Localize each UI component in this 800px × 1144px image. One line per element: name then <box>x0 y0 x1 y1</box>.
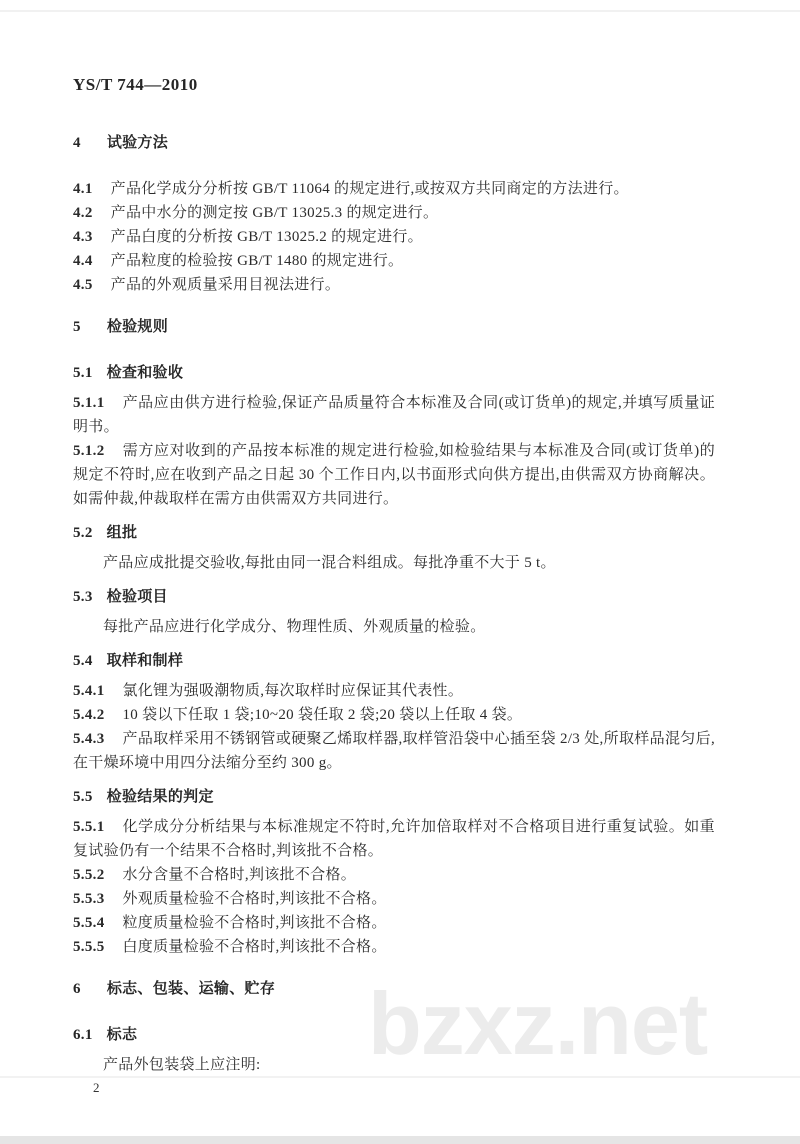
clause-number: 4.2 <box>73 201 93 225</box>
clause-number: 5.5.5 <box>73 935 105 959</box>
page-number: 2 <box>93 1079 715 1097</box>
clause-text: 氯化锂为强吸潮物质,每次取样时应保证其代表性。 <box>123 683 464 699</box>
clause-number: 5.5.2 <box>73 863 105 887</box>
clause-number: 5.2 <box>73 521 93 545</box>
clause-number: 4.5 <box>73 273 93 297</box>
scan-artifact-bottom-bar <box>0 1136 800 1144</box>
clause: 5.4.210 袋以下任取 1 袋;10~20 袋任取 2 袋;20 袋以上任取… <box>73 703 715 727</box>
clause-number: 5.4.1 <box>73 679 105 703</box>
subsection-heading: 6.1标志 <box>73 1023 715 1047</box>
clause: 5.5.4粒度质量检验不合格时,判该批不合格。 <box>73 911 715 935</box>
clause-number: 5.1.1 <box>73 391 105 415</box>
clause-text: 每批产品应进行化学成分、物理性质、外观质量的检验。 <box>103 619 486 635</box>
clause-text: 需方应对收到的产品按本标准的规定进行检验,如检验结果与本标准及合同(或订货单)的… <box>73 443 715 507</box>
paragraph: 产品应成批提交验收,每批由同一混合料组成。每批净重不大于 5 t。 <box>73 551 715 575</box>
clause-text: 白度质量检验不合格时,判该批不合格。 <box>123 939 387 955</box>
clause: 4.1产品化学成分分析按 GB/T 11064 的规定进行,或按双方共同商定的方… <box>73 177 715 201</box>
document-page: bzxz.net YS/T 744—2010 4试验方法4.1产品化学成分分析按… <box>0 0 800 1144</box>
clause-text: 外观质量检验不合格时,判该批不合格。 <box>123 891 387 907</box>
clause-number: 4 <box>73 131 81 155</box>
clause: 4.2产品中水分的测定按 GB/T 13025.3 的规定进行。 <box>73 201 715 225</box>
clause-number: 4.4 <box>73 249 93 273</box>
clause-text: 试验方法 <box>107 135 168 151</box>
clause-text: 取样和制样 <box>107 653 184 669</box>
clause-number: 5.1 <box>73 361 93 385</box>
section-heading: 6标志、包装、运输、贮存 <box>73 977 715 1001</box>
subsection-heading: 5.5检验结果的判定 <box>73 785 715 809</box>
clause-text: 化学成分分析结果与本标准规定不符时,允许加倍取样对不合格项目进行重复试验。如重复… <box>73 819 715 859</box>
clause-text: 10 袋以下任取 1 袋;10~20 袋任取 2 袋;20 袋以上任取 4 袋。 <box>123 707 523 723</box>
clause-number: 5.3 <box>73 585 93 609</box>
clause: 5.5.2水分含量不合格时,判该批不合格。 <box>73 863 715 887</box>
clause-number: 5.5 <box>73 785 93 809</box>
clause-text: 产品白度的分析按 GB/T 13025.2 的规定进行。 <box>111 229 423 245</box>
clause: 4.3产品白度的分析按 GB/T 13025.2 的规定进行。 <box>73 225 715 249</box>
paragraph: 每批产品应进行化学成分、物理性质、外观质量的检验。 <box>73 615 715 639</box>
section-heading: 5检验规则 <box>73 315 715 339</box>
clause-number: 6 <box>73 977 81 1001</box>
clause-number: 5.1.2 <box>73 439 105 463</box>
subsection-heading: 5.2组批 <box>73 521 715 545</box>
clause-text: 产品中水分的测定按 GB/T 13025.3 的规定进行。 <box>111 205 439 221</box>
clause: 5.4.1氯化锂为强吸潮物质,每次取样时应保证其代表性。 <box>73 679 715 703</box>
clause-number: 5.5.4 <box>73 911 105 935</box>
clause-text: 产品化学成分分析按 GB/T 11064 的规定进行,或按双方共同商定的方法进行… <box>111 181 629 197</box>
clause-text: 检验规则 <box>107 319 168 335</box>
clause-number: 5.5.1 <box>73 815 105 839</box>
clause: 5.5.5白度质量检验不合格时,判该批不合格。 <box>73 935 715 959</box>
clause-text: 检验结果的判定 <box>107 789 214 805</box>
clause-number: 5 <box>73 315 81 339</box>
clause: 5.5.1化学成分分析结果与本标准规定不符时,允许加倍取样对不合格项目进行重复试… <box>73 815 715 863</box>
clause-text: 产品应由供方进行检验,保证产品质量符合本标准及合同(或订货单)的规定,并填写质量… <box>73 395 715 435</box>
clause-number: 5.4.3 <box>73 727 105 751</box>
page-content: YS/T 744—2010 4试验方法4.1产品化学成分分析按 GB/T 110… <box>0 0 800 1097</box>
clause-number: 4.3 <box>73 225 93 249</box>
paragraph: 产品外包装袋上应注明: <box>73 1053 715 1077</box>
clause-text: 检查和验收 <box>107 365 184 381</box>
subsection-heading: 5.1检查和验收 <box>73 361 715 385</box>
clause-text: 检验项目 <box>107 589 168 605</box>
clause-text: 产品的外观质量采用目视法进行。 <box>111 277 341 293</box>
clause-text: 产品应成批提交验收,每批由同一混合料组成。每批净重不大于 5 t。 <box>103 555 556 571</box>
clause-number: 6.1 <box>73 1023 93 1047</box>
document-body: 4试验方法4.1产品化学成分分析按 GB/T 11064 的规定进行,或按双方共… <box>73 131 715 1077</box>
subsection-heading: 5.4取样和制样 <box>73 649 715 673</box>
clause-text: 粒度质量检验不合格时,判该批不合格。 <box>123 915 387 931</box>
clause-text: 产品取样采用不锈钢管或硬聚乙烯取样器,取样管沿袋中心插至袋 2/3 处,所取样品… <box>73 731 715 771</box>
clause: 5.1.1产品应由供方进行检验,保证产品质量符合本标准及合同(或订货单)的规定,… <box>73 391 715 439</box>
clause-text: 水分含量不合格时,判该批不合格。 <box>123 867 357 883</box>
subsection-heading: 5.3检验项目 <box>73 585 715 609</box>
clause-text: 产品粒度的检验按 GB/T 1480 的规定进行。 <box>111 253 404 269</box>
clause-text: 标志 <box>107 1027 138 1043</box>
clause: 5.4.3产品取样采用不锈钢管或硬聚乙烯取样器,取样管沿袋中心插至袋 2/3 处… <box>73 727 715 775</box>
clause-text: 标志、包装、运输、贮存 <box>107 981 275 997</box>
clause-number: 5.4 <box>73 649 93 673</box>
clause-text: 产品外包装袋上应注明: <box>103 1057 260 1073</box>
clause: 5.1.2需方应对收到的产品按本标准的规定进行检验,如检验结果与本标准及合同(或… <box>73 439 715 511</box>
clause-number: 4.1 <box>73 177 93 201</box>
clause: 4.5产品的外观质量采用目视法进行。 <box>73 273 715 297</box>
standard-code: YS/T 744—2010 <box>73 73 715 97</box>
section-heading: 4试验方法 <box>73 131 715 155</box>
clause: 5.5.3外观质量检验不合格时,判该批不合格。 <box>73 887 715 911</box>
clause: 4.4产品粒度的检验按 GB/T 1480 的规定进行。 <box>73 249 715 273</box>
clause-number: 5.5.3 <box>73 887 105 911</box>
clause-text: 组批 <box>107 525 138 541</box>
clause-number: 5.4.2 <box>73 703 105 727</box>
